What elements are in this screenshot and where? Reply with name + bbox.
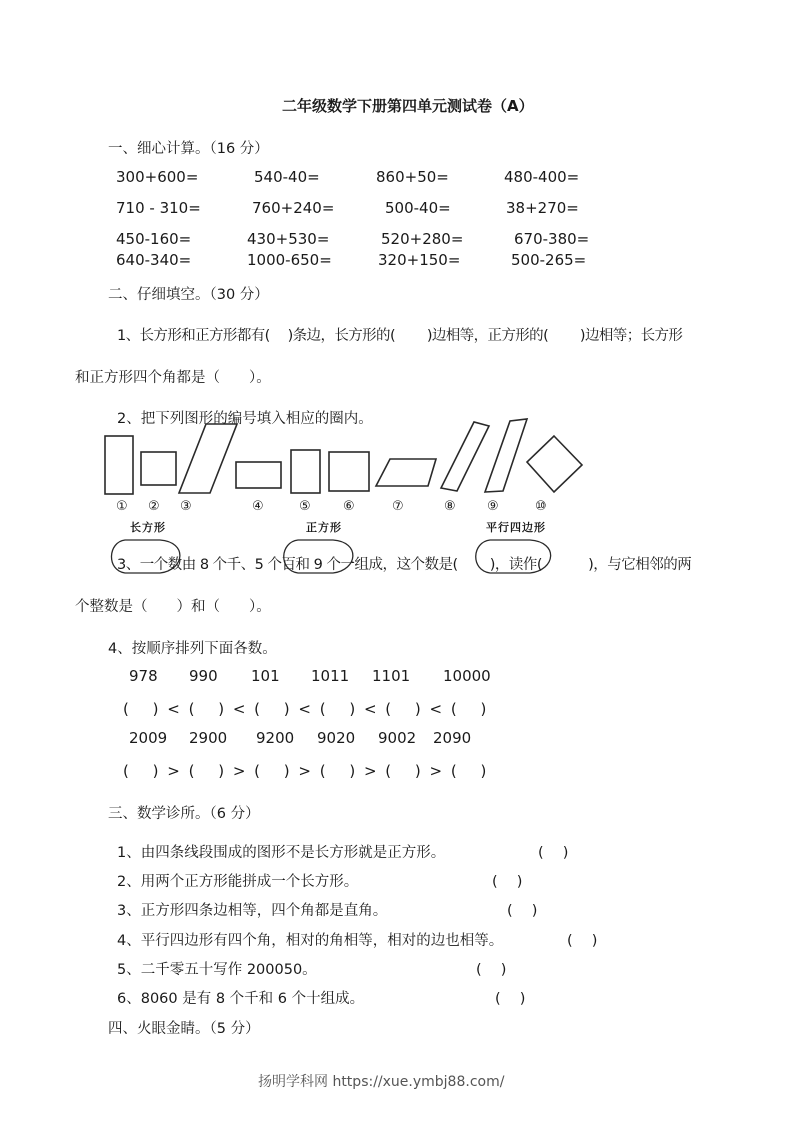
shape-1-rectangle <box>105 436 133 494</box>
footer-watermark: 扬明学科网 https://xue.ymbj88.com/ <box>258 1071 504 1091</box>
shape-number: ⑤ <box>299 499 311 514</box>
shape-number: ⑦ <box>392 499 404 514</box>
true-false-blank: ( ) <box>476 958 506 979</box>
order-number: 101 <box>251 667 280 685</box>
true-false-item: 6、8060 是有 8 个千和 6 个十组成。 <box>117 987 364 1008</box>
true-false-item: 5、二千零五十写作 200050。 <box>117 958 317 979</box>
order-number: 2090 <box>433 729 471 747</box>
shape-number: ③ <box>180 499 192 514</box>
true-false-blank: ( ) <box>492 870 522 891</box>
shape-3-parallelogram <box>179 424 237 493</box>
true-false-item: 3、正方形四条边相等，四个角都是直角。 <box>117 899 387 920</box>
section-4-heading: 四、火眼金睛。（5 分） <box>108 1017 260 1038</box>
order-number: 2900 <box>189 729 227 747</box>
order-number: 2009 <box>129 729 167 747</box>
question-2-3-line1: 3、一个数由 8 个千、5 个百和 9 个一组成，这个数是( )，读作( )，与… <box>117 553 691 574</box>
shape-number: ⑥ <box>343 499 355 514</box>
shape-number: ⑩ <box>535 499 547 514</box>
shape-8-parallelogram <box>441 422 489 491</box>
true-false-item: 1、由四条线段围成的图形不是长方形就是正方形。 <box>117 841 445 862</box>
true-false-blank: ( ) <box>507 899 537 920</box>
question-2-4: 4、按顺序排列下面各数。 <box>108 637 277 658</box>
question-2-3-line2: 个整数是（ ）和（ ）。 <box>75 595 271 616</box>
true-false-blank: ( ) <box>538 841 568 862</box>
true-false-blank: ( ) <box>567 929 597 950</box>
section-3-heading: 三、数学诊所。（6 分） <box>108 802 260 823</box>
true-false-item: 4、平行四边形有四个角，相对的角相等，相对的边也相等。 <box>117 929 503 950</box>
order-number: 9200 <box>256 729 294 747</box>
shape-10-square-rotated <box>527 436 582 492</box>
category-label-rectangle: 长方形 <box>130 519 166 535</box>
order-number: 1011 <box>311 667 349 685</box>
shape-2-square <box>141 452 176 485</box>
order-blanks-descending: ( ) > ( ) > ( ) > ( ) > ( ) > ( ) <box>123 760 486 781</box>
shape-number: ⑨ <box>487 499 499 514</box>
shape-number: ① <box>116 499 128 514</box>
order-number: 978 <box>129 667 158 685</box>
order-blanks-ascending: ( ) < ( ) < ( ) < ( ) < ( ) < ( ) <box>123 698 486 719</box>
shape-number: ⑧ <box>444 499 456 514</box>
order-number: 9002 <box>378 729 416 747</box>
category-label-parallelogram: 平行四边形 <box>486 519 546 535</box>
true-false-blank: ( ) <box>495 987 525 1008</box>
order-number: 990 <box>189 667 218 685</box>
shape-5-rectangle <box>291 450 320 493</box>
shape-9-parallelogram <box>485 419 527 492</box>
true-false-item: 2、用两个正方形能拼成一个长方形。 <box>117 870 358 891</box>
shape-4-rectangle <box>236 462 281 488</box>
shape-number: ④ <box>252 499 264 514</box>
shape-7-parallelogram <box>376 459 436 486</box>
shape-number: ② <box>148 499 160 514</box>
shape-6-square <box>329 452 369 491</box>
order-number: 10000 <box>443 667 491 685</box>
order-number: 9020 <box>317 729 355 747</box>
category-label-square: 正方形 <box>306 519 342 535</box>
order-number: 1101 <box>372 667 410 685</box>
